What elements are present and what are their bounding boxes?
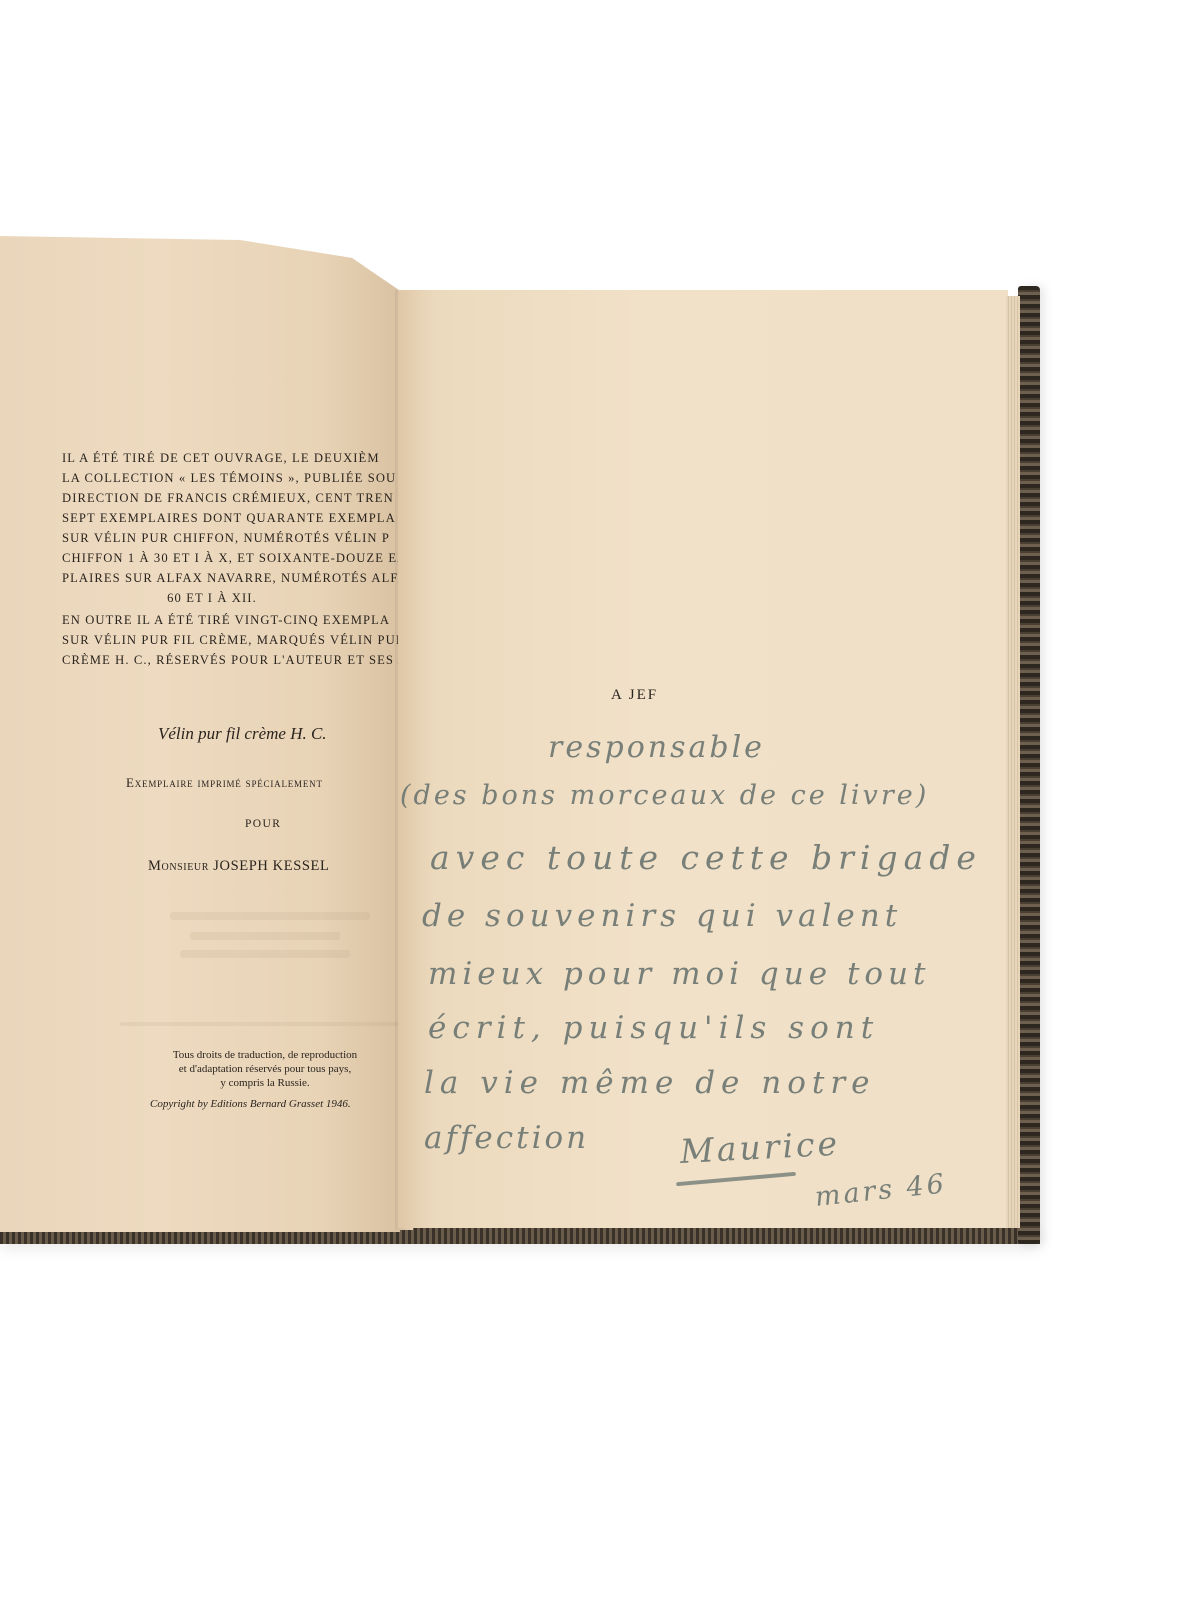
- rights-line: y compris la Russie.: [150, 1076, 380, 1090]
- handwritten-line: avec toute cette brigade: [430, 838, 982, 877]
- handwritten-line: (des bons morceaux de ce livre): [400, 780, 929, 811]
- justification-line: DIRECTION DE FRANCIS CRÉMIEUX, CENT TREN: [62, 488, 402, 508]
- justification-line: SUR VÉLIN PUR CHIFFON, NUMÉROTÉS VÉLIN P: [62, 528, 402, 548]
- dedicatee: Monsieur JOSEPH KESSEL: [148, 858, 329, 875]
- rights-line: Tous droits de traduction, de reproducti…: [150, 1048, 380, 1062]
- handwritten-line: la vie même de notre: [424, 1065, 876, 1101]
- dedicatee-honorific: Monsieur: [148, 858, 209, 874]
- rights-notice: Tous droits de traduction, de reproducti…: [150, 1048, 380, 1090]
- show-through-rule: [120, 1022, 400, 1026]
- justification-line: CHIFFON 1 à 30 ET I à X, ET SOIXANTE-DOU…: [62, 548, 402, 568]
- page-block-edges: [1006, 296, 1020, 1228]
- show-through-text: [170, 912, 370, 920]
- justification-line: IL A ÉTÉ TIRÉ DE CET OUVRAGE, LE DEUXIÈM: [62, 448, 402, 468]
- justification-line: CRÈME H. C., RÉSERVÉS POUR L'AUTEUR ET S…: [62, 650, 402, 670]
- handwritten-line: affection: [424, 1120, 589, 1156]
- justification-line: 60 ET I à XII.: [62, 588, 402, 608]
- open-book-photo: IL A ÉTÉ TIRÉ DE CET OUVRAGE, LE DEUXIÈM…: [0, 0, 1200, 1600]
- handwritten-line: responsable: [548, 730, 765, 765]
- edition-label: Vélin pur fil crème H. C.: [158, 724, 327, 744]
- dedicatee-name: JOSEPH KESSEL: [213, 858, 329, 874]
- justification-line: LA COLLECTION « LES TÉMOINS », PUBLIÉE S…: [62, 468, 402, 488]
- handwritten-line: de souvenirs qui valent: [422, 898, 902, 934]
- copyright-notice: Copyright by Editions Bernard Grasset 19…: [150, 1098, 351, 1110]
- pour-label: POUR: [245, 818, 281, 830]
- justification-paragraph-2: EN OUTRE IL A ÉTÉ TIRÉ VINGT-CINQ EXEMPL…: [62, 610, 402, 670]
- justification-line: EN OUTRE IL A ÉTÉ TIRÉ VINGT-CINQ EXEMPL…: [62, 610, 402, 630]
- justification-line: PLAIRES SUR ALFAX NAVARRE, NUMÉROTÉS ALF…: [62, 568, 402, 588]
- handwritten-line: mieux pour moi que tout: [428, 956, 931, 992]
- dedication-heading: A JEF: [611, 687, 658, 704]
- show-through-text: [190, 932, 340, 940]
- justification-paragraph-1: IL A ÉTÉ TIRÉ DE CET OUVRAGE, LE DEUXIÈM…: [62, 448, 402, 608]
- book-cover-right-edge: [1018, 286, 1040, 1244]
- exemplaire-line: Exemplaire imprimé spécialement: [126, 775, 323, 791]
- handwritten-line: écrit, puisqu'ils sont: [428, 1010, 879, 1046]
- rights-line: et d'adaptation réservés pour tous pays,: [150, 1062, 380, 1076]
- show-through-text: [180, 950, 350, 958]
- justification-line: SEPT EXEMPLAIRES DONT QUARANTE EXEMPLA: [62, 508, 402, 528]
- justification-line: SUR VÉLIN PUR FIL CRÈME, MARQUÉS VÉLIN P…: [62, 630, 402, 650]
- signature: Maurice: [679, 1124, 841, 1171]
